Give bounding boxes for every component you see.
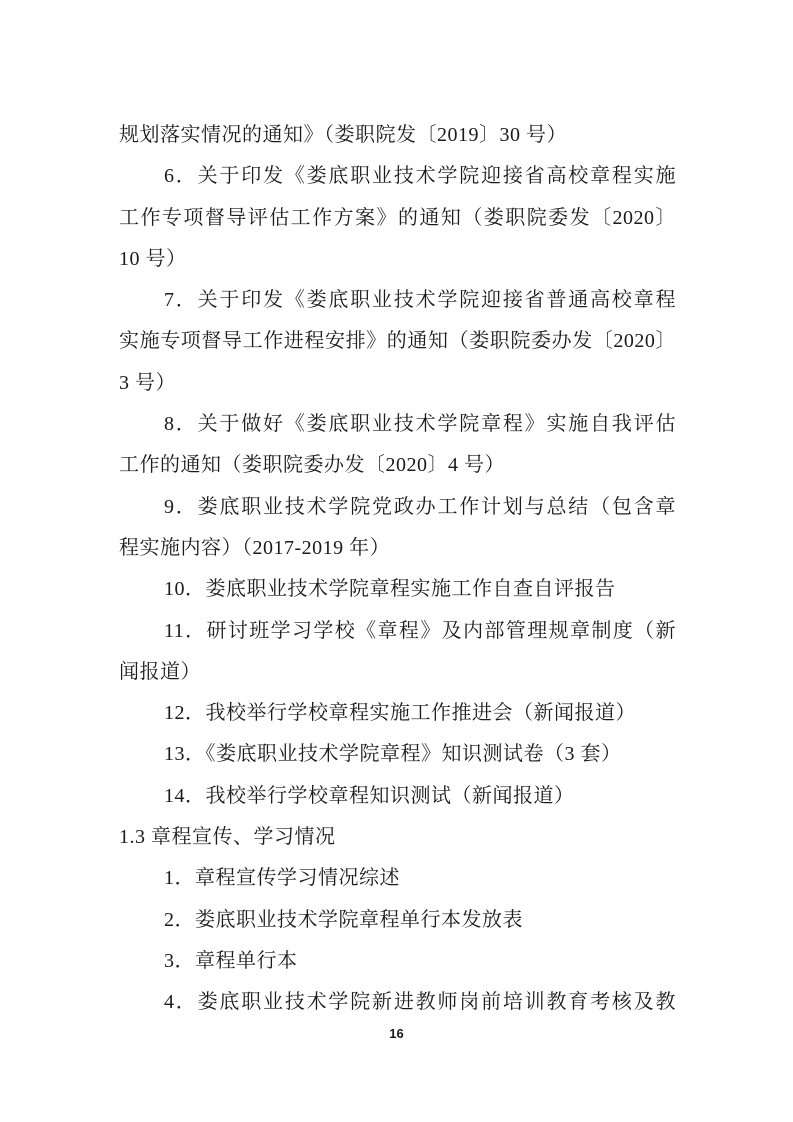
text-line: 14．我校举行学校章程知识测试（新闻报道） [119, 776, 676, 817]
paragraph-item-1: 1．章程宣传学习情况综述 [119, 858, 676, 899]
text-line: 规划落实情况的通知》（娄职院发〔2019〕30 号） [119, 115, 676, 156]
text-line: 8．关于做好《娄底职业技术学院章程》实施自我评估 [119, 404, 676, 445]
text-line: 2．娄底职业技术学院章程单行本发放表 [119, 900, 676, 941]
text-line: 10．娄底职业技术学院章程实施工作自查自评报告 [119, 569, 676, 610]
paragraph-item-8: 8．关于做好《娄底职业技术学院章程》实施自我评估 工作的通知（娄职院委办发〔20… [119, 404, 676, 487]
paragraph-item-5-continuation: 规划落实情况的通知》（娄职院发〔2019〕30 号） [119, 115, 676, 156]
text-line: 13．《娄底职业技术学院章程》知识测试卷（3 套） [119, 734, 676, 775]
section-heading-text: 1.3 章程宣传、学习情况 [119, 817, 676, 858]
text-line: 6．关于印发《娄底职业技术学院迎接省高校章程实施 [119, 156, 676, 197]
text-line: 工作专项督导评估工作方案》的通知（娄职院委发〔2020〕 [119, 198, 676, 239]
text-line: 3．章程单行本 [119, 941, 676, 982]
paragraph-item-13: 13．《娄底职业技术学院章程》知识测试卷（3 套） [119, 734, 676, 775]
paragraph-item-6: 6．关于印发《娄底职业技术学院迎接省高校章程实施 工作专项督导评估工作方案》的通… [119, 156, 676, 280]
text-line: 4．娄底职业技术学院新进教师岗前培训教育考核及教 [119, 982, 676, 1023]
text-line: 12．我校举行学校章程实施工作推进会（新闻报道） [119, 693, 676, 734]
paragraph-item-10: 10．娄底职业技术学院章程实施工作自查自评报告 [119, 569, 676, 610]
paragraph-item-3: 3．章程单行本 [119, 941, 676, 982]
document-body: 规划落实情况的通知》（娄职院发〔2019〕30 号） 6．关于印发《娄底职业技术… [119, 115, 676, 1024]
section-heading-1-3: 1.3 章程宣传、学习情况 [119, 817, 676, 858]
text-line: 11．研讨班学习学校《章程》及内部管理规章制度（新 [119, 611, 676, 652]
text-line: 10 号） [119, 239, 676, 280]
paragraph-item-12: 12．我校举行学校章程实施工作推进会（新闻报道） [119, 693, 676, 734]
text-line: 7．关于印发《娄底职业技术学院迎接省普通高校章程 [119, 280, 676, 321]
document-page: 规划落实情况的通知》（娄职院发〔2019〕30 号） 6．关于印发《娄底职业技术… [0, 0, 793, 1122]
paragraph-item-9: 9．娄底职业技术学院党政办工作计划与总结（包含章 程实施内容）（2017-201… [119, 487, 676, 570]
paragraph-item-11: 11．研讨班学习学校《章程》及内部管理规章制度（新 闻报道） [119, 611, 676, 694]
paragraph-item-7: 7．关于印发《娄底职业技术学院迎接省普通高校章程 实施专项督导工作进程安排》的通… [119, 280, 676, 404]
paragraph-item-4: 4．娄底职业技术学院新进教师岗前培训教育考核及教 [119, 982, 676, 1023]
text-line: 闻报道） [119, 652, 676, 693]
text-line: 9．娄底职业技术学院党政办工作计划与总结（包含章 [119, 487, 676, 528]
text-line: 3 号） [119, 363, 676, 404]
paragraph-item-2: 2．娄底职业技术学院章程单行本发放表 [119, 900, 676, 941]
text-line: 工作的通知（娄职院委办发〔2020〕4 号） [119, 445, 676, 486]
page-number: 16 [0, 1026, 793, 1044]
text-line: 程实施内容）（2017-2019 年） [119, 528, 676, 569]
paragraph-item-14: 14．我校举行学校章程知识测试（新闻报道） [119, 776, 676, 817]
text-line: 1．章程宣传学习情况综述 [119, 858, 676, 899]
text-line: 实施专项督导工作进程安排》的通知（娄职院委办发〔2020〕 [119, 321, 676, 362]
